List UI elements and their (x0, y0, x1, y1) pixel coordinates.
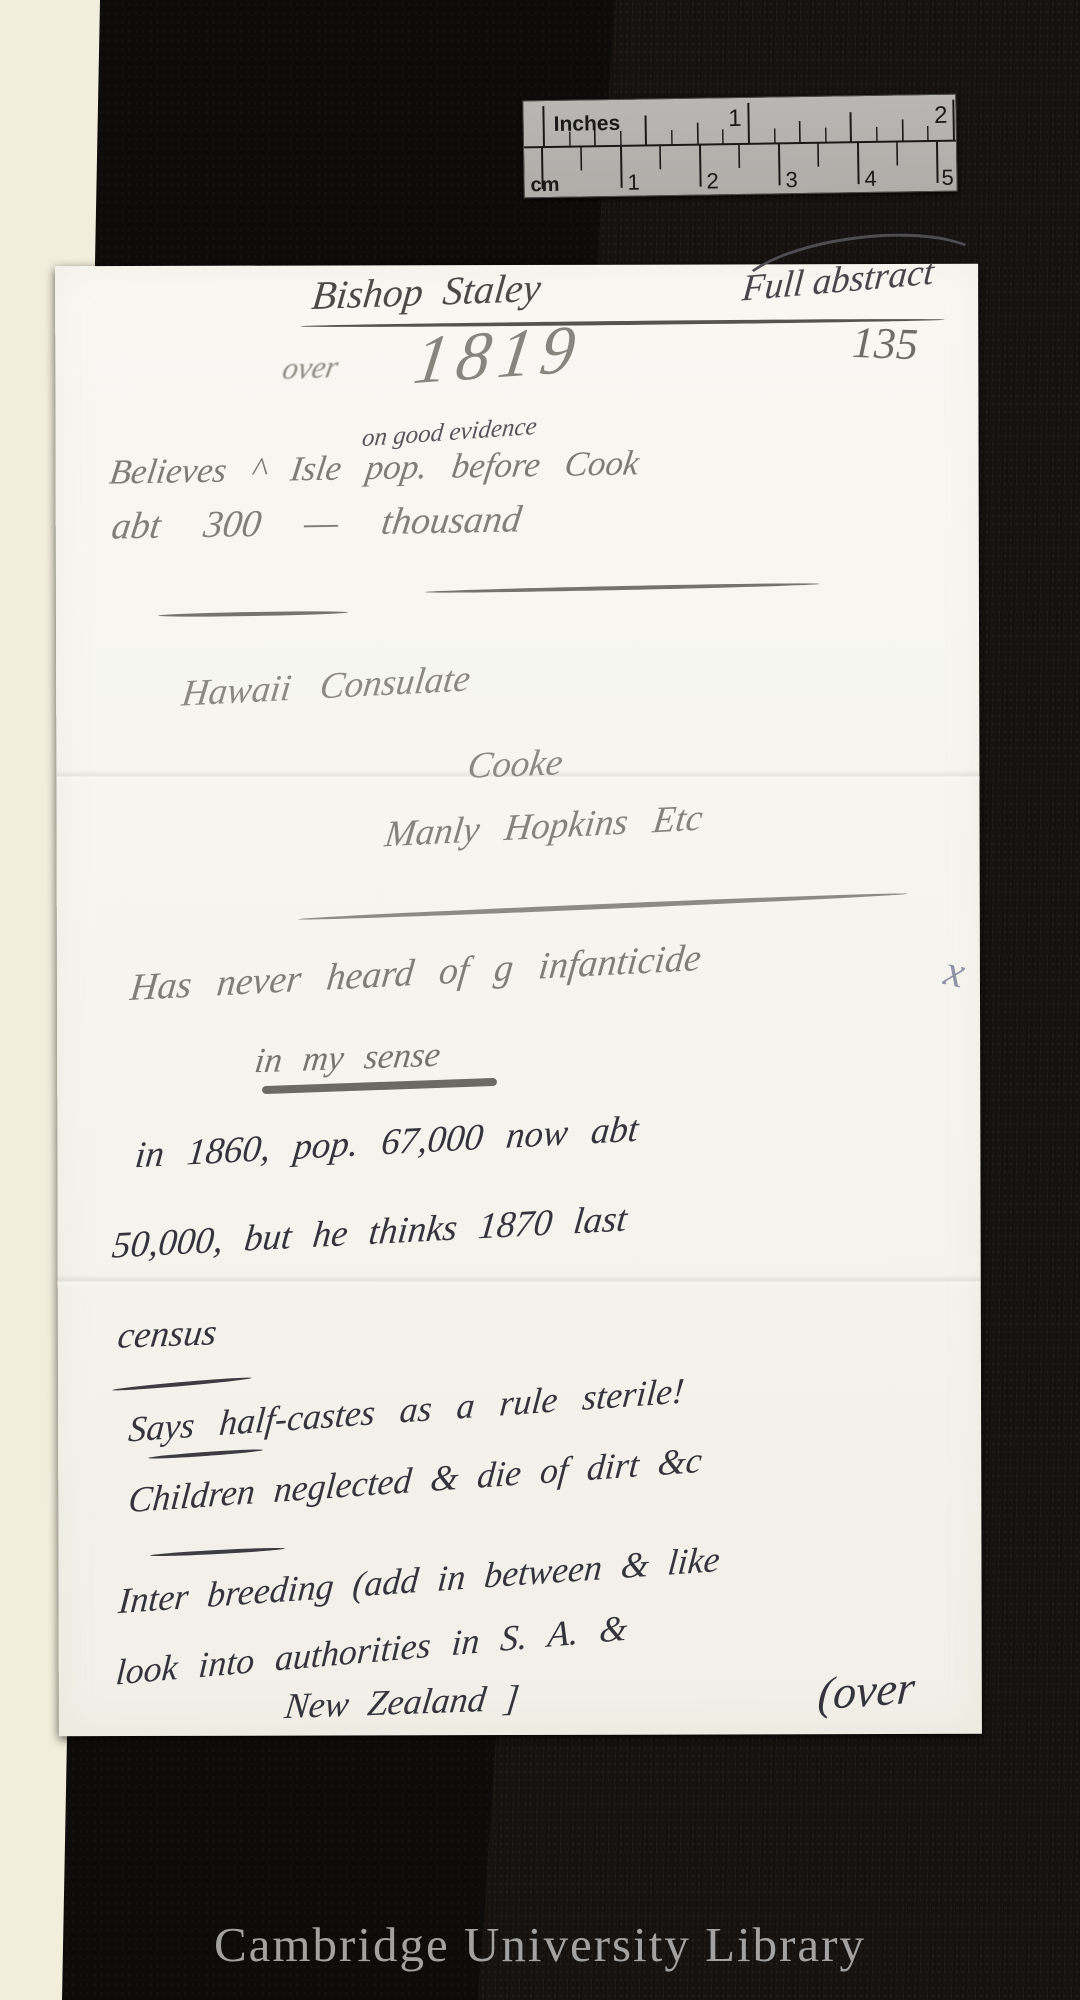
line-census: census (116, 1314, 219, 1355)
photograph: Inches 1 2 cm 1 2 3 4 5 Bishop Staley Fu… (0, 0, 1080, 2000)
ruler-cm-1: 1 (627, 170, 640, 195)
line-cooke: Cooke (465, 744, 565, 785)
ruler-inch-2: 2 (934, 102, 948, 129)
line-believes: Believes ^ Isle pop. before Cook (108, 445, 642, 489)
ruler-cm-2: 2 (706, 168, 719, 193)
ruler-cm-4: 4 (864, 166, 877, 191)
library-watermark: Cambridge University Library (0, 1916, 1080, 1973)
ruler-inch-1: 1 (728, 105, 742, 132)
line-about-300-thousand: abt 300 — thousand (109, 500, 523, 545)
ruler-inches-label: Inches (553, 112, 620, 136)
line-new-zealand: New Zealand ] (283, 1680, 521, 1724)
line-year-prefix: over (280, 351, 341, 384)
heading-bishop-staley: Bishop Staley (310, 268, 543, 316)
paper-fold-line (57, 1275, 980, 1287)
line-in-my-sense: in my sense (253, 1037, 443, 1079)
line-over-note: (over (816, 1664, 916, 1717)
line-year-1819: 1819 (410, 314, 587, 395)
ruler-markings: Inches 1 2 cm 1 2 3 4 5 (523, 95, 956, 198)
folio-number: 135 (851, 321, 918, 367)
ruler-cm-3: 3 (785, 167, 798, 192)
ruler-cm-5: 5 (941, 165, 954, 190)
ruler-cm-label: cm (530, 174, 559, 196)
measurement-ruler: Inches 1 2 cm 1 2 3 4 5 (522, 94, 957, 199)
